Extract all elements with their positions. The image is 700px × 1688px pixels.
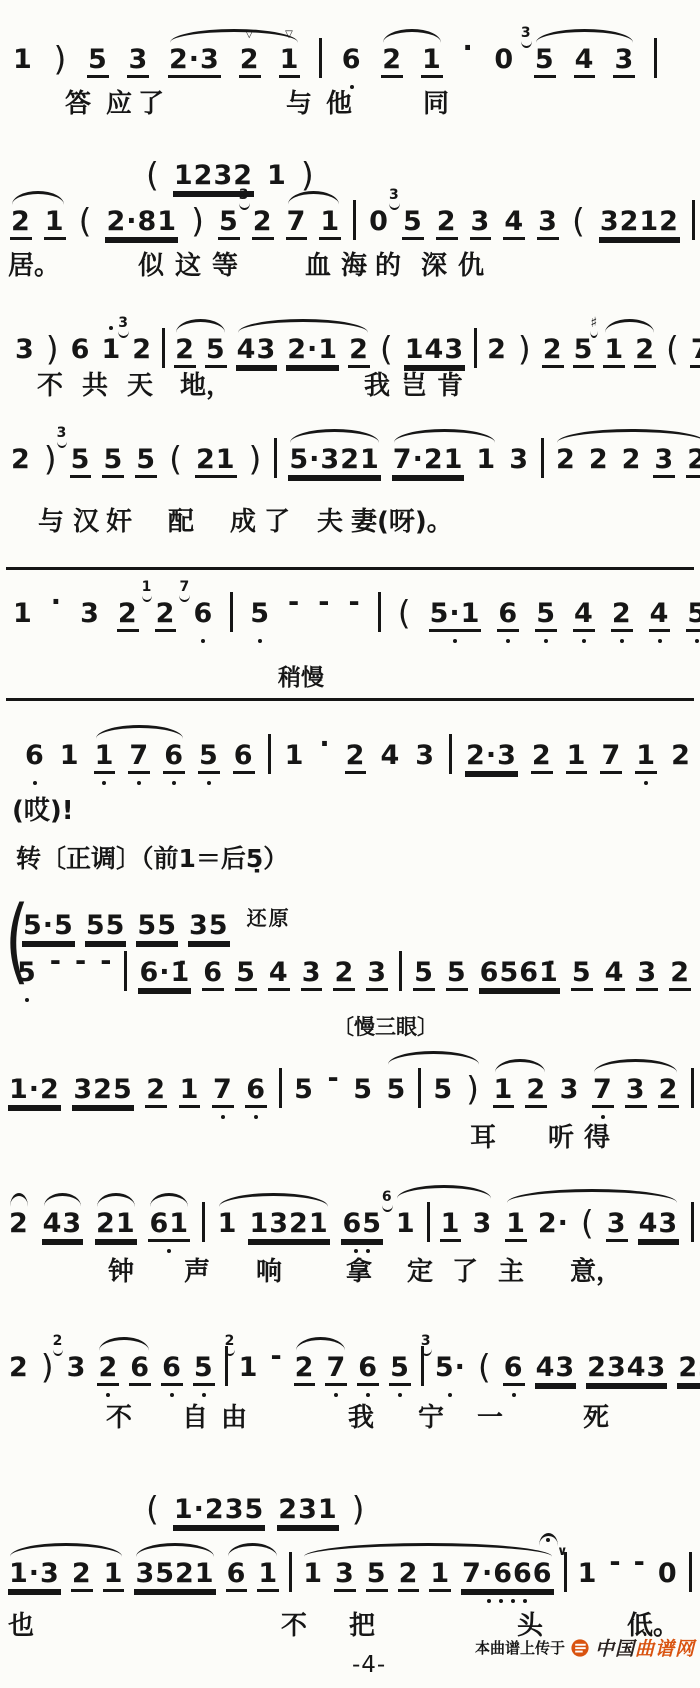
note-token: 2▽: [239, 46, 261, 78]
grouping-paren: (: [168, 442, 184, 478]
note-token: 0: [493, 46, 515, 78]
grouping-paren: ): [45, 332, 61, 368]
lyric-text: 他: [326, 90, 352, 119]
rest-dash: -: [74, 948, 88, 980]
note-token: 7: [592, 1076, 614, 1108]
slur-group: 61: [148, 1210, 190, 1242]
slur-group: 27: [294, 1354, 348, 1386]
lyric-text: 不: [281, 1612, 307, 1641]
note-token: 1: [475, 446, 497, 478]
octave-dots-below: [544, 639, 548, 643]
note-token: ·: [461, 35, 474, 67]
note-token: 6: [202, 959, 224, 991]
lyric-text: 似: [138, 252, 164, 281]
note-token: 2: [345, 742, 367, 774]
octave-dots-below: [201, 639, 205, 643]
note-token: 7: [325, 1354, 347, 1386]
grouping-paren: (: [379, 332, 395, 368]
note-token: 2: [634, 336, 656, 368]
barline: [274, 438, 277, 478]
rest-dash: -: [317, 589, 331, 621]
note-token: 3: [334, 1560, 356, 1592]
breath-mark: ∨: [557, 1545, 569, 1558]
note-token: 6: [129, 1354, 151, 1386]
note-token: 2: [348, 336, 370, 368]
lyric-text: 不: [106, 1404, 132, 1433]
note-token: 4: [574, 46, 596, 78]
slur-group: 61: [226, 1560, 280, 1592]
lyric-text: 共: [82, 372, 108, 401]
rest-dash: -: [269, 1343, 283, 1375]
octave-dots-below: [620, 639, 624, 643]
note-token: 5: [571, 959, 593, 991]
note-token: 7: [600, 742, 622, 774]
note-token: 5: [249, 600, 271, 632]
section-label: 〔慢三眼〕: [333, 1016, 438, 1039]
note-token: 65: [341, 1210, 383, 1242]
note-token: 1: [505, 1210, 527, 1242]
grace-note: 2: [225, 1334, 236, 1356]
note-token: 6: [233, 742, 255, 774]
music-system-10: 1·232521765-555)123732: [8, 1062, 694, 1108]
music-system-2: (12321): [145, 148, 316, 194]
note-token: 4: [573, 600, 595, 632]
site-logo-icon: [571, 1639, 589, 1657]
lyric-text: (哎)!: [12, 797, 74, 826]
note-token: 5: [573, 336, 595, 368]
accent-mark: ▽: [245, 30, 254, 40]
note-token: 1: [59, 742, 81, 774]
note-token: 5·321: [288, 446, 380, 478]
barline: [230, 592, 233, 632]
lyric-text: 了: [452, 1258, 478, 1287]
grouping-paren: ): [248, 442, 264, 478]
note-token: 7: [128, 742, 150, 774]
note-token: 235: [677, 1354, 700, 1386]
note-token: 3: [79, 600, 101, 632]
barline: [279, 1068, 282, 1108]
octave-dots-below: [601, 1115, 605, 1119]
barline: [541, 438, 544, 478]
note-token: 2: [97, 1354, 119, 1386]
octave-dots-below: [453, 639, 457, 643]
note-token: 53: [534, 46, 556, 78]
note-token: 6: [24, 742, 46, 774]
lyric-text: 低。: [627, 1612, 679, 1641]
slur-group: 55): [386, 1068, 481, 1108]
barline: [289, 1552, 292, 1592]
note-token: 5: [366, 1560, 388, 1592]
note-token: 1: [635, 742, 657, 774]
lyric-text: 听: [548, 1124, 574, 1153]
page-number: -4-: [352, 1652, 386, 1678]
note-token: 6: [70, 336, 92, 368]
music-system-8: 5·5555535还原: [22, 898, 292, 944]
lyric-text: 宁: [418, 1404, 444, 1433]
lyric-text: 了: [264, 508, 290, 537]
note-token: 7: [286, 208, 308, 240]
grouping-paren: (: [397, 596, 413, 632]
note-token: 2343: [586, 1354, 667, 1386]
grouping-paren: (: [571, 204, 587, 240]
note-token: 3: [653, 446, 675, 478]
note-token: 1: [12, 600, 34, 632]
note-token: 1: [440, 1210, 462, 1242]
lyric-text: 仇: [458, 252, 484, 281]
note-token: 1: [421, 46, 443, 78]
note-token: 1: [217, 1210, 239, 1242]
site-logo-glyph: [571, 1639, 589, 1657]
slur-group: 2·32▽1▽: [168, 46, 300, 78]
octave-dots-below: [102, 781, 106, 785]
lyric-text: 与: [38, 508, 64, 537]
lyric-text: 自: [182, 1404, 208, 1433]
note-token: 2: [531, 742, 553, 774]
octave-dots-below: [258, 639, 262, 643]
note-token: 61: [148, 1210, 190, 1242]
note-token: 43: [638, 1210, 680, 1242]
slur-group: 12: [493, 1076, 548, 1108]
octave-dots-below: [170, 1393, 174, 1397]
barline: [691, 1202, 694, 1242]
note-token: 2: [486, 336, 508, 368]
rest-dash: -: [608, 1549, 622, 1581]
note-token: 7·666∨: [461, 1560, 553, 1592]
note-token: 5: [102, 446, 124, 478]
note-token: 23: [252, 208, 274, 240]
lyric-text: 答: [65, 90, 91, 119]
note-token: 1: [100, 336, 122, 368]
note-token: 23: [131, 336, 153, 368]
note-token: 5: [87, 46, 109, 78]
note-token: 2·1: [286, 336, 339, 368]
slur-group: 732: [592, 1076, 679, 1108]
note-token: 6: [341, 46, 363, 78]
slur-group: 71: [286, 208, 342, 240]
note-token: 3: [471, 1210, 493, 1242]
lyric-text: 死: [583, 1404, 609, 1433]
music-system-6: 1·3221675---(5·1654245): [12, 586, 696, 632]
site-name-part2: 曲谱网: [635, 1638, 695, 1660]
barline: [474, 328, 477, 368]
barline: [691, 1068, 694, 1108]
lyric-text: 也: [8, 1612, 34, 1641]
note-token: 1: [257, 1560, 279, 1592]
octave-dots-below: [658, 639, 662, 643]
note-token: 4: [503, 208, 525, 240]
lyric-text: 同: [423, 90, 449, 119]
note-token: 5: [535, 600, 557, 632]
note-token: 2: [436, 208, 458, 240]
lyric-text: 血: [305, 252, 331, 281]
note-token: 1·3: [8, 1560, 61, 1592]
note-token: 2: [525, 1076, 547, 1108]
section-divider-2: [6, 698, 694, 701]
note-token: 12: [238, 1354, 260, 1386]
music-system-1: 1)532·32▽1▽621·05343: [12, 32, 657, 78]
slur-group: 43: [42, 1210, 84, 1242]
note-token: 1: [266, 162, 288, 194]
note-token: 43: [42, 1210, 84, 1242]
note-token: 6: [497, 600, 519, 632]
grace-note: 3: [521, 26, 532, 48]
barline: [449, 734, 452, 774]
lyric-text: 不: [37, 372, 63, 401]
note-token: 5: [198, 742, 220, 774]
note-token: 5: [686, 600, 700, 632]
grace-note: 7: [179, 580, 190, 602]
octave-dots-below: [172, 781, 176, 785]
note-token: 16: [395, 1210, 417, 1242]
grace-note: 3: [118, 316, 129, 338]
note-token: 1: [302, 1560, 324, 1592]
note-token: 5: [218, 208, 240, 240]
lyric-text: 肯: [437, 372, 463, 401]
note-token: 2: [8, 1210, 30, 1242]
note-token: 67: [192, 600, 214, 632]
note-token: 4: [649, 600, 671, 632]
slur-group: 21: [10, 208, 66, 240]
note-token: 2·3: [168, 46, 221, 78]
note-token: 5: [205, 336, 227, 368]
note-token: 5: [235, 959, 257, 991]
lyric-text: 天: [127, 372, 153, 401]
note-token: 1: [577, 1560, 599, 1592]
octave-dots-below: [448, 1393, 452, 1397]
note-token: 2: [145, 1076, 167, 1108]
rest-dash: -: [326, 1065, 340, 1097]
note-token: 3: [14, 336, 36, 368]
note-token: 2: [174, 336, 196, 368]
note-token: 2: [117, 600, 139, 632]
note-token: 1♯: [603, 336, 625, 368]
note-token: 6: [226, 1560, 248, 1592]
slur-group: 21: [381, 46, 443, 78]
note-token: 1▽: [279, 46, 301, 78]
lyric-text: 海: [341, 252, 367, 281]
lyric-text: (呀)。: [377, 508, 453, 537]
lyric-text: 汉: [73, 508, 99, 537]
grace-note: 6: [382, 1190, 393, 1212]
rest-dash: -: [347, 589, 361, 621]
note-token: 5: [446, 959, 468, 991]
note-token: 1: [429, 1560, 451, 1592]
fermata-mark: [539, 1533, 558, 1546]
note-token: 5: [352, 1076, 374, 1108]
slur-group: 7·211: [392, 446, 497, 478]
slur-group: 26: [97, 1354, 151, 1386]
octave-dots-below: [254, 1115, 258, 1119]
octave-dots-below: [506, 639, 510, 643]
lyric-text: 居。: [8, 252, 60, 281]
note-token: 2: [621, 446, 643, 478]
lyric-text: 应: [106, 90, 132, 119]
lyric-text: 了: [138, 90, 164, 119]
grace-note: 3: [421, 1334, 432, 1356]
lyric-text: 我: [348, 1404, 374, 1433]
octave-dots-below: [695, 639, 699, 643]
note-token: 2: [588, 446, 610, 478]
note-token: 5·3: [434, 1354, 467, 1386]
grouping-paren: (: [145, 158, 161, 194]
note-token: ·: [318, 731, 331, 763]
note-token: 2: [71, 1560, 93, 1592]
note-token: 1·235: [173, 1496, 265, 1528]
lyric-text: 的: [375, 252, 401, 281]
note-token: 53: [70, 446, 92, 478]
note-token: 6: [161, 1354, 183, 1386]
note-token: 6: [245, 1076, 267, 1108]
lyric-text: 声: [184, 1258, 210, 1287]
note-token: 3521: [134, 1560, 215, 1592]
note-token: 2: [333, 959, 355, 991]
note-token: 1: [12, 46, 34, 78]
grouping-paren: ): [465, 1072, 481, 1108]
barline: [654, 38, 657, 78]
octave-dots-below: [398, 1393, 402, 1397]
note-token: ·: [50, 589, 63, 621]
slur-group: 22232: [555, 446, 700, 478]
note-token: 3: [606, 1210, 628, 1242]
grouping-paren: ): [190, 204, 206, 240]
lyric-text: 得: [584, 1124, 610, 1153]
note-token: 2: [542, 336, 564, 368]
music-system-14: 1·321352161135217·666∨1--0: [8, 1546, 696, 1592]
note-token: 5: [193, 1354, 215, 1386]
big-grouping-paren: (: [5, 894, 29, 987]
note-token: 2: [686, 446, 700, 478]
note-token: 3: [366, 959, 388, 991]
grace-note: 3: [389, 188, 400, 210]
note-token: 1: [319, 208, 341, 240]
octave-dots-below: [221, 1115, 225, 1119]
barline: [353, 200, 356, 240]
slur-group: 1613: [395, 1202, 493, 1242]
note-token: 1: [179, 1076, 201, 1108]
barline: [162, 328, 165, 368]
note-token: 6: [163, 742, 185, 774]
note-token: 2: [381, 46, 403, 78]
octave-dots-below: [644, 781, 648, 785]
note-token: 3212: [599, 208, 680, 240]
lyric-text: 奸: [106, 508, 132, 537]
lyric-text: 头: [517, 1612, 543, 1641]
slur-group: 21: [95, 1210, 137, 1242]
grouping-paren: ): [300, 158, 316, 194]
score-page: -4- 本曲谱上传于 中国曲谱网 1)532·32▽1▽621·05343答应了…: [0, 0, 700, 1688]
note-token: 4: [379, 742, 401, 774]
note-token: 5: [135, 446, 157, 478]
note-token: 21: [95, 1210, 137, 1242]
lyric-text: 深: [421, 252, 447, 281]
note-token: 6561̇: [479, 959, 560, 991]
grouping-paren: (: [477, 1350, 493, 1386]
rest-dash: -: [99, 948, 113, 980]
slur-group: 25: [174, 336, 227, 368]
slur-group: 11321: [217, 1210, 330, 1242]
note-token: 1: [566, 742, 588, 774]
note-token: 5·5: [22, 912, 75, 944]
note-token: 5: [386, 1076, 408, 1108]
note-token: 3: [414, 742, 436, 774]
note-token: 5: [389, 1354, 411, 1386]
octave-dot-above: [109, 326, 113, 330]
music-system-13: (1·235231): [145, 1482, 367, 1528]
music-system-4: 3)612325432·12(1432)251♯2(76543: [14, 322, 694, 368]
note-token: 2: [10, 446, 32, 478]
note-token: 2: [10, 208, 32, 240]
music-system-5: 2)5355(21)5·3217·211322232: [10, 432, 650, 478]
note-token: 2·3: [465, 742, 518, 774]
lyric-text: 响: [256, 1258, 282, 1287]
note-token: 1: [94, 742, 116, 774]
slur-group: 176: [94, 742, 185, 774]
slur-group: 5·321: [288, 446, 380, 478]
note-token: 1: [493, 1076, 515, 1108]
slur-group: 135217·666∨: [302, 1560, 553, 1592]
grouping-paren: (: [78, 204, 94, 240]
grouping-paren: ): [52, 42, 68, 78]
note-token: 6·1̇: [138, 959, 191, 991]
note-token: 231: [277, 1496, 338, 1528]
octave-dots-below: [582, 639, 586, 643]
note-token: 53: [402, 208, 424, 240]
note-token: 1: [284, 742, 306, 774]
note-token: 7·21: [392, 446, 465, 478]
music-system-3: 21(2·81)523710532343(3212: [10, 194, 692, 240]
octave-dots-below: [512, 1393, 516, 1397]
barline: [202, 1202, 205, 1242]
section-divider-1: [6, 567, 694, 570]
note-token: 3: [470, 208, 492, 240]
rest-dash: -: [287, 589, 301, 621]
note-token: 1·2: [8, 1076, 61, 1108]
note-token: 2: [670, 742, 692, 774]
grouping-paren: (: [145, 1492, 161, 1528]
barline: [124, 951, 127, 991]
accent-mark: ▽: [285, 30, 294, 40]
lyric-text: 由: [221, 1404, 247, 1433]
lyric-text: 钟: [108, 1258, 134, 1287]
barline: [378, 592, 381, 632]
note-token: 0: [657, 1560, 679, 1592]
octave-dots-below: [106, 1393, 110, 1397]
lyric-text: 主: [498, 1258, 524, 1287]
octave-dots-below: [137, 781, 141, 785]
octave-dots-below: [33, 781, 37, 785]
octave-dots-below: [167, 1249, 171, 1253]
note-token: 4: [268, 959, 290, 991]
slur-group: 2: [8, 1210, 30, 1242]
note-token: 2: [398, 1560, 420, 1592]
notation-label: 还原: [246, 908, 292, 930]
note-token: 21: [195, 446, 237, 478]
lyric-text: 这: [175, 252, 201, 281]
lyric-text: 把: [349, 1612, 375, 1641]
grace-note: ♯: [590, 316, 598, 338]
note-token: 5: [293, 1076, 315, 1108]
final-barline: [689, 1552, 700, 1592]
note-token: 2: [669, 959, 691, 991]
note-token: 1: [44, 208, 66, 240]
note-token: 4: [604, 959, 626, 991]
note-token: 35: [188, 912, 230, 944]
grace-note: 1: [142, 580, 153, 602]
note-token: 3: [559, 1076, 581, 1108]
grace-note: 3: [57, 426, 68, 448]
note-token: 2: [658, 1076, 680, 1108]
slur-group: 432·12: [236, 336, 370, 368]
